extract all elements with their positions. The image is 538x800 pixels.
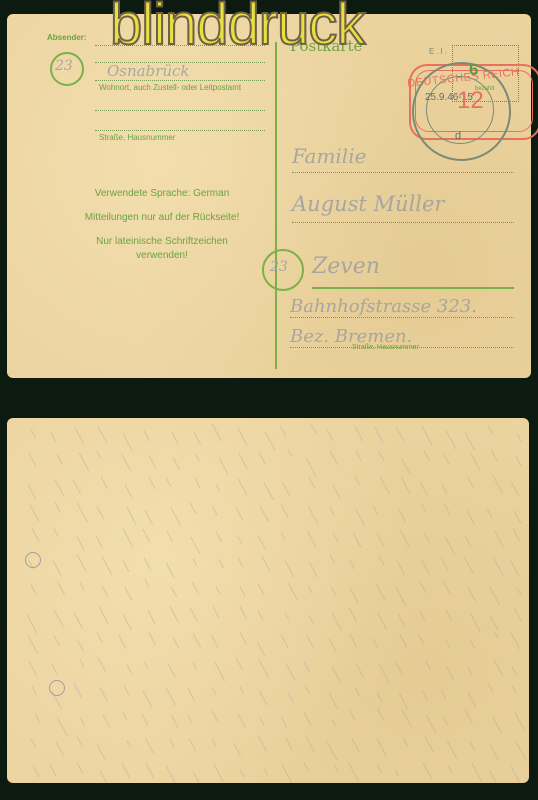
recipient-street: Bahnhofstrasse 323. <box>290 296 477 317</box>
recipient-city: Zeven <box>312 254 380 279</box>
meter-value: 12 <box>457 87 484 115</box>
recipient-street-caption: Straße, Hausnummer <box>352 344 419 351</box>
recipient-line1: Familie <box>292 144 366 168</box>
postcard-back <box>7 418 529 783</box>
street-caption: Straße, Hausnummer <box>99 133 175 142</box>
recipient-line2: August Müller <box>292 192 444 216</box>
watermark: blinddruck <box>110 0 364 54</box>
notice-back: Mitteilungen nur auf der Rückseite! <box>47 212 277 223</box>
recipient-zip: 23 <box>270 259 288 275</box>
divider-line <box>275 42 277 369</box>
address-line <box>292 222 514 223</box>
postmark-top: E.I. <box>429 47 449 56</box>
sender-zip: 23 <box>55 58 73 74</box>
street-line <box>95 110 265 111</box>
handwritten-circle-mark <box>49 680 65 696</box>
place-line <box>95 80 265 81</box>
street-line-2 <box>95 130 265 131</box>
notice-language: Verwendete Sprache: German <box>47 188 277 199</box>
address-line <box>290 317 514 318</box>
handwritten-circle-mark <box>25 552 41 568</box>
postcard-front: Absender: 23 Osnabrück Wohnort, auch Zus… <box>7 14 531 378</box>
address-line <box>292 172 514 173</box>
sender-label: Absender: <box>47 33 87 42</box>
sender-place: Osnabrück <box>107 62 190 80</box>
handwritten-message <box>7 418 529 783</box>
stamp-digit: 6 <box>469 60 478 80</box>
postmark-letter: d <box>455 130 461 142</box>
notice-script-2: verwenden! <box>47 250 277 261</box>
place-caption: Wohnort, auch Zustell- oder Leitpostamt <box>99 83 241 92</box>
city-underline <box>312 287 514 289</box>
notice-script-1: Nur lateinische Schriftzeichen <box>47 236 277 247</box>
